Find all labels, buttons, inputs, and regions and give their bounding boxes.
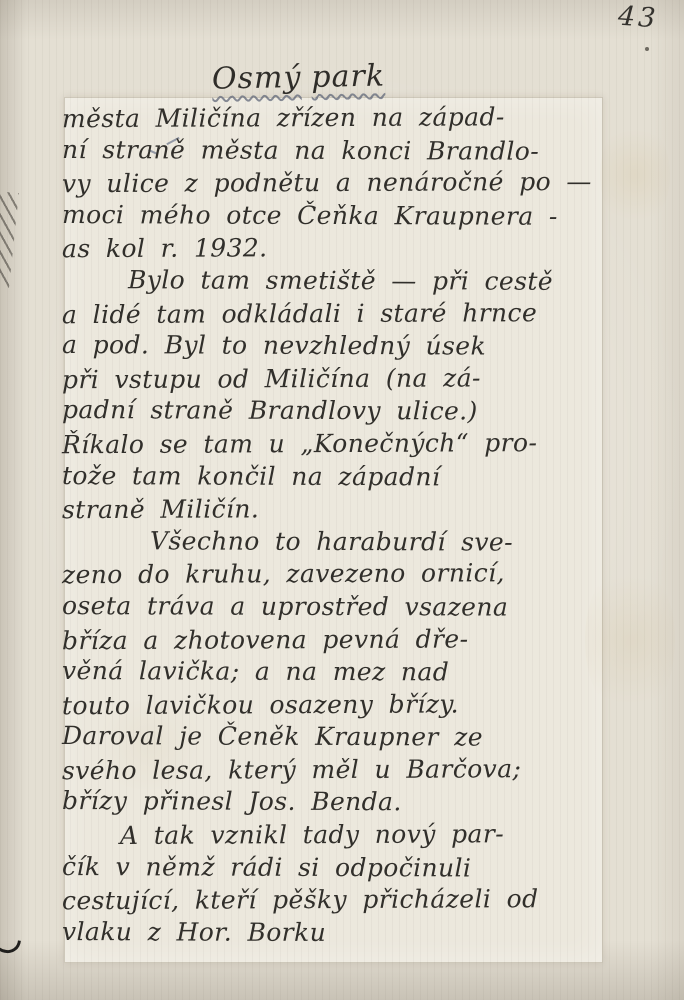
manuscript-line: Daroval je Čeněk Kraupner ze bbox=[62, 720, 610, 755]
manuscript-line: a pod. Byl to nevzhledný úsek bbox=[62, 329, 610, 364]
manuscript-line: a lidé tam odkládali i staré hrnce bbox=[62, 296, 610, 331]
manuscript-line: čík v němž rádi si odpočinuli bbox=[62, 851, 610, 886]
manuscript-line: bříza a zhotovena pevná dře- bbox=[62, 622, 610, 657]
manuscript-line: zeno do kruhu, zavezeno ornicí, bbox=[62, 557, 610, 592]
manuscript-text: města Miličína zřízen na západ- ní stran… bbox=[62, 102, 610, 949]
edge-pencil-scribble bbox=[0, 191, 19, 288]
manuscript-line: cestující, kteří pěšky přicházeli od bbox=[62, 883, 610, 918]
manuscript-line: města Miličína zřízen na západ- bbox=[62, 101, 610, 136]
manuscript-line: moci mého otce Čeňka Kraupnera - bbox=[62, 199, 610, 234]
manuscript-line: touto lavičkou osazeny břízy. bbox=[62, 687, 610, 722]
ink-dot bbox=[645, 47, 649, 51]
title-word-underlined: Osmý bbox=[212, 60, 302, 97]
manuscript-line: ní straně města na konci Brandlo- bbox=[62, 134, 610, 169]
manuscript-line: vy ulice z podnětu a nenáročné po — bbox=[62, 166, 610, 201]
manuscript-line: Říkalo se tam u „Konečných“ pro- bbox=[62, 427, 610, 462]
manuscript-line: as kol r. 1932. bbox=[62, 231, 610, 266]
manuscript-line: straně Miličín. bbox=[62, 492, 610, 527]
manuscript-line: Bylo tam smetiště — při cestě bbox=[62, 264, 610, 299]
manuscript-line: svého lesa, který měl u Barčova; bbox=[62, 753, 610, 788]
manuscript-line: padní straně Brandlovy ulice.) bbox=[62, 394, 610, 429]
page-title: Osmýpark bbox=[212, 58, 396, 96]
paper-stain bbox=[600, 120, 670, 230]
manuscript-line: věná lavička; a na mez nad bbox=[62, 655, 610, 690]
manuscript-line: oseta tráva a uprostřed vsazena bbox=[62, 590, 610, 625]
manuscript-line: A tak vznikl tady nový par- bbox=[62, 818, 610, 853]
manuscript-line: při vstupu od Miličína (na zá- bbox=[62, 362, 610, 397]
manuscript-line: vlaku z Hor. Borku bbox=[62, 916, 610, 951]
edge-ink-stroke bbox=[0, 913, 28, 960]
manuscript-line: tože tam končil na západní bbox=[62, 460, 610, 495]
manuscript-photo: 43 Osmýpark města Miličína zřízen na záp… bbox=[0, 0, 684, 1000]
manuscript-line: břízy přinesl Jos. Benda. bbox=[62, 786, 610, 821]
page-number: 43 bbox=[617, 1, 659, 35]
manuscript-line: Všechno to haraburdí sve- bbox=[62, 525, 610, 560]
title-word-underlined: park bbox=[311, 59, 385, 95]
